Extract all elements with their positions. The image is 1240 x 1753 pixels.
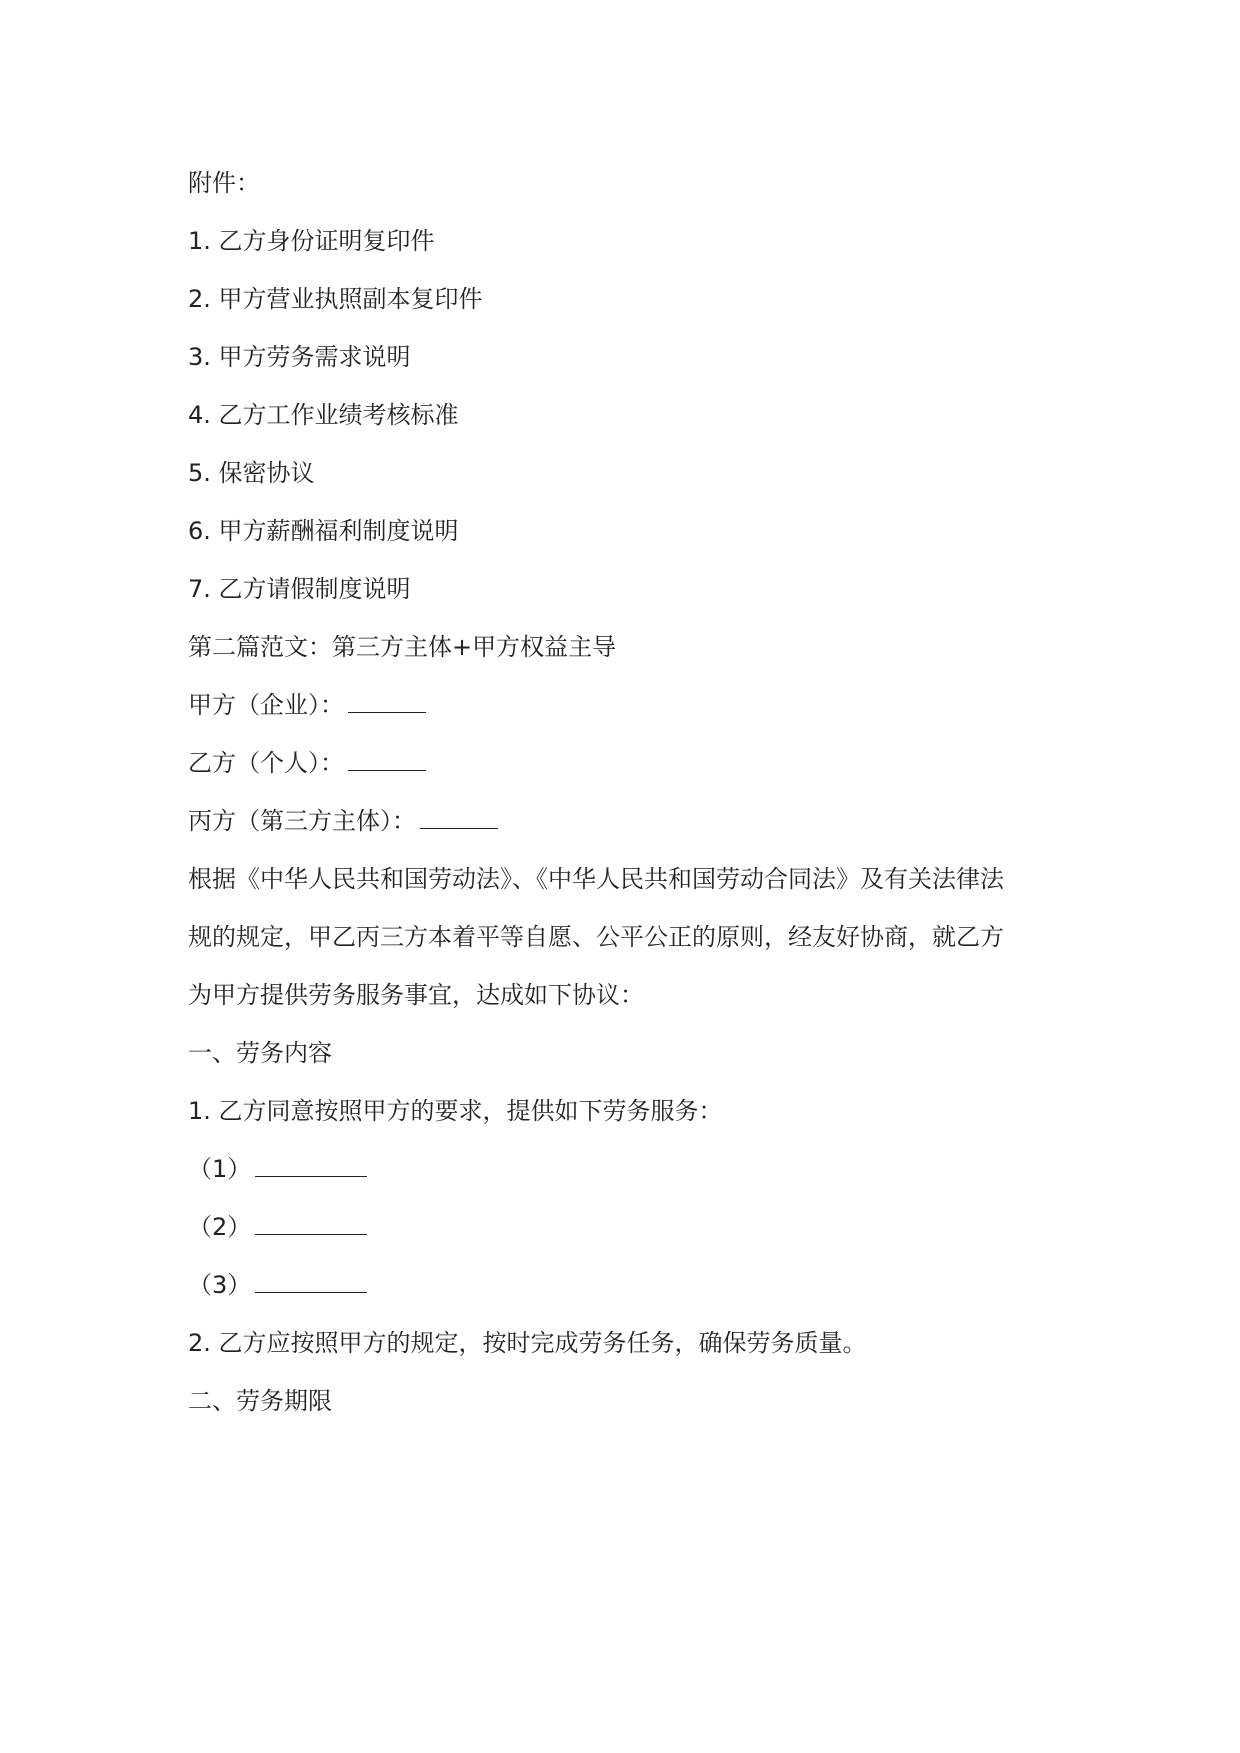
service-item-2-blank[interactable] [255, 1212, 367, 1235]
party-a-label: 甲方（企业）： [188, 691, 344, 719]
attachment-item: 6. 甲方薪酬福利制度说明 [188, 515, 459, 547]
attachment-item: 4. 乙方工作业绩考核标准 [188, 399, 459, 431]
service-item-1-blank[interactable] [255, 1154, 367, 1177]
party-c-label: 丙方（第三方主体）： [188, 807, 416, 835]
service-item-2: （2） [188, 1211, 367, 1243]
attachment-item: 1. 乙方身份证明复印件 [188, 225, 435, 257]
attachment-item: 3. 甲方劳务需求说明 [188, 341, 411, 373]
service-item-1-label: （1） [188, 1155, 251, 1183]
service-item-1: （1） [188, 1153, 367, 1185]
preamble-line: 为甲方提供劳务服务事宜，达成如下协议： [188, 979, 644, 1011]
attachments-heading: 附件： [188, 167, 260, 199]
service-item-3-label: （3） [188, 1271, 251, 1299]
sample-title: 第二篇范文：第三方主体+甲方权益主导 [188, 631, 616, 663]
section-1-heading: 一、劳务内容 [188, 1037, 332, 1069]
preamble-line: 规的规定，甲乙丙三方本着平等自愿、公平公正的原则，经友好协商，就乙方 [188, 921, 1004, 953]
party-b-blank[interactable] [348, 748, 426, 771]
party-b-label: 乙方（个人）： [188, 749, 344, 777]
service-item-2-label: （2） [188, 1213, 251, 1241]
party-a-line: 甲方（企业）： [188, 689, 426, 721]
clause-1: 1. 乙方同意按照甲方的要求，提供如下劳务服务： [188, 1095, 723, 1127]
attachment-item: 7. 乙方请假制度说明 [188, 573, 411, 605]
clause-2: 2. 乙方应按照甲方的规定，按时完成劳务任务，确保劳务质量。 [188, 1327, 867, 1359]
attachment-item: 2. 甲方营业执照副本复印件 [188, 283, 483, 315]
section-2-heading: 二、劳务期限 [188, 1385, 332, 1417]
party-c-line: 丙方（第三方主体）： [188, 805, 498, 837]
attachment-item: 5. 保密协议 [188, 457, 315, 489]
party-a-blank[interactable] [348, 690, 426, 713]
party-b-line: 乙方（个人）： [188, 747, 426, 779]
party-c-blank[interactable] [420, 806, 498, 829]
service-item-3-blank[interactable] [255, 1270, 367, 1293]
preamble-line: 根据《中华人民共和国劳动法》、《中华人民共和国劳动合同法》及有关法律法 [188, 863, 1004, 895]
service-item-3: （3） [188, 1269, 367, 1301]
